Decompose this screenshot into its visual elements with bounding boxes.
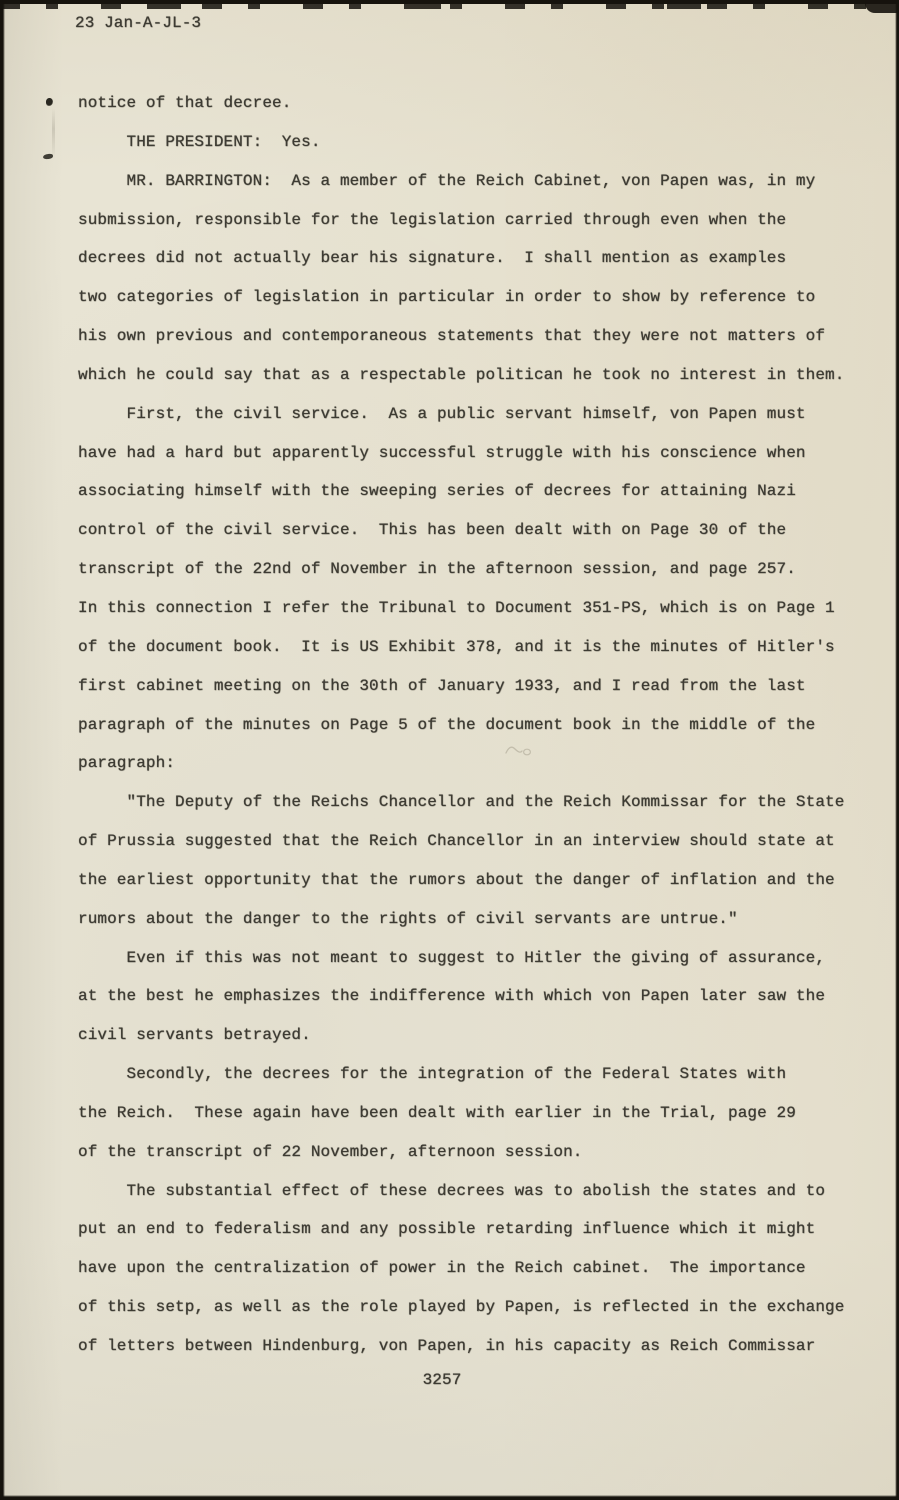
- transcript-line: transcript of the 22nd of November in th…: [78, 550, 879, 589]
- torn-edge-bottom: [0, 1495, 899, 1500]
- transcript-line: submission, responsible for the legislat…: [78, 201, 879, 240]
- transcript-line: have had a hard but apparently successfu…: [78, 434, 879, 473]
- transcript-body: notice of that decree. THE PRESIDENT: Ye…: [78, 84, 879, 1366]
- torn-edge-top-right-corner: [865, 0, 899, 13]
- transcript-line: decrees did not actually bear his signat…: [78, 239, 879, 278]
- transcript-line: paragraph:: [78, 744, 879, 783]
- transcript-line: civil servants betrayed.: [78, 1016, 879, 1055]
- margin-streak-mark: [52, 108, 55, 160]
- transcript-line: first cabinet meeting on the 30th of Jan…: [78, 667, 879, 706]
- transcript-line: The substantial effect of these decrees …: [78, 1172, 879, 1211]
- margin-dot-mark: [46, 98, 53, 106]
- transcript-line: Secondly, the decrees for the integratio…: [78, 1055, 879, 1094]
- transcript-line: "The Deputy of the Reichs Chancellor and…: [78, 783, 879, 822]
- transcript-line: of letters between Hindenburg, von Papen…: [78, 1327, 879, 1366]
- scanned-transcript-page: 23 Jan-A-JL-3 notice of that decree. THE…: [0, 0, 899, 1500]
- transcript-line: notice of that decree.: [78, 84, 879, 123]
- torn-edge-left: [0, 0, 5, 1500]
- page-header-label: 23 Jan-A-JL-3: [75, 12, 201, 34]
- transcript-line: In this connection I refer the Tribunal …: [78, 589, 879, 628]
- transcript-line: MR. BARRINGTON: As a member of the Reich…: [78, 162, 879, 201]
- transcript-line: put an end to federalism and any possibl…: [78, 1210, 879, 1249]
- transcript-line: associating himself with the sweeping se…: [78, 472, 879, 511]
- transcript-line: the Reich. These again have been dealt w…: [78, 1094, 879, 1133]
- transcript-line: of the document book. It is US Exhibit 3…: [78, 628, 879, 667]
- transcript-line: First, the civil service. As a public se…: [78, 395, 879, 434]
- transcript-line: of this setp, as well as the role played…: [78, 1288, 879, 1327]
- transcript-line: rumors about the danger to the rights of…: [78, 900, 879, 939]
- transcript-line: which he could say that as a respectable…: [78, 356, 879, 395]
- pencil-squiggle-mark: [503, 740, 537, 760]
- transcript-line: have upon the centralization of power in…: [78, 1249, 879, 1288]
- transcript-line: Even if this was not meant to suggest to…: [78, 939, 879, 978]
- transcript-line: of Prussia suggested that the Reich Chan…: [78, 822, 879, 861]
- torn-edge-top: [0, 0, 899, 4]
- transcript-line: his own previous and contemporaneous sta…: [78, 317, 879, 356]
- transcript-line: paragraph of the minutes on Page 5 of th…: [78, 706, 879, 745]
- transcript-line: control of the civil service. This has b…: [78, 511, 879, 550]
- transcript-line: at the best he emphasizes the indifferen…: [78, 977, 879, 1016]
- transcript-line: two categories of legislation in particu…: [78, 278, 879, 317]
- transcript-line: of the transcript of 22 November, aftern…: [78, 1133, 879, 1172]
- transcript-line: THE PRESIDENT: Yes.: [78, 123, 879, 162]
- transcript-line: the earliest opportunity that the rumors…: [78, 861, 879, 900]
- page-number: 3257: [0, 1366, 884, 1394]
- torn-edge-right: [895, 0, 899, 1500]
